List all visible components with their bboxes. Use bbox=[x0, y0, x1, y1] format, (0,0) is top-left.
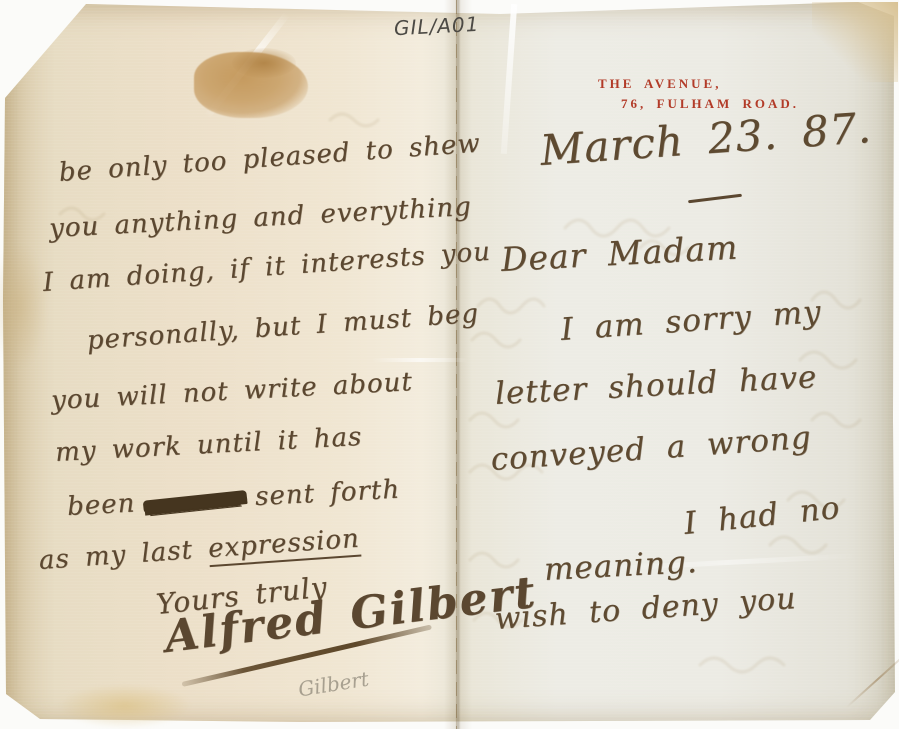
crease-horizontal-mid bbox=[372, 358, 468, 362]
archive-ref-annotation: GIL/A01 bbox=[393, 12, 480, 40]
letterhead-line1: THE AVENUE, bbox=[598, 76, 721, 92]
scanned-letter: GIL/A01 THE AVENUE, 76, FULHAM ROAD. Mar… bbox=[0, 0, 899, 729]
scribbled-out-word bbox=[143, 489, 248, 513]
struck-line-before: been bbox=[66, 488, 136, 522]
